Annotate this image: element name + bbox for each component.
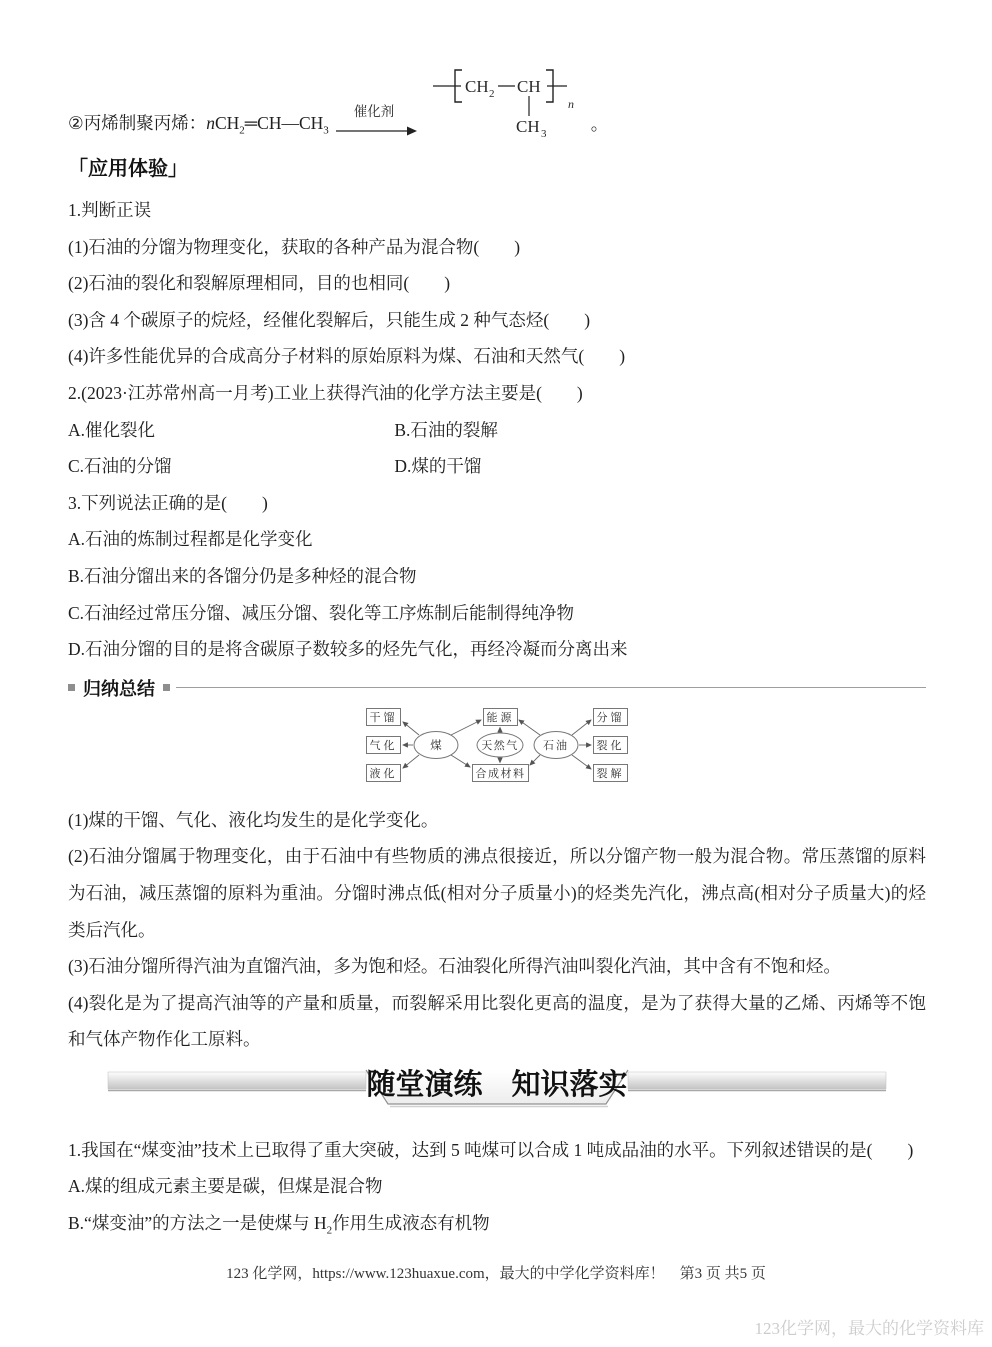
equation-text: ②丙烯制聚丙烯：nCH2═CH—CH3 [68, 110, 329, 149]
double-bond: ═ [245, 113, 257, 133]
formula-ch2: CH [215, 113, 239, 133]
q2-options-row-2: C.石油的分馏 D.煤的干馏 [68, 448, 926, 485]
q3-stem: 3.下列说法正确的是( ) [68, 485, 926, 522]
q3-option-a: A.石油的炼制过程都是化学变化 [68, 521, 926, 558]
polymer-ch2-sub: 2 [489, 88, 495, 100]
q1-item-3: (3)含 4 个碳原子的烷烃，经催化裂解后，只能生成 2 种气态烃( ) [68, 302, 926, 339]
banner-title: 随堂演练 知识落实 [366, 1067, 627, 1101]
section-header-summary: 归纳总结 [68, 674, 926, 702]
equation-coefficient: n [206, 113, 215, 133]
questions-block: 1.判断正误 (1)石油的分馏为物理变化，获取的各种产品为混合物( ) (2)石… [68, 192, 926, 668]
formula-chch3: CH—CH [257, 113, 323, 133]
practice-q1-stem: 1.我国在“煤变油”技术上已取得了重大突破，达到 5 吨煤可以合成 1 吨成品油… [68, 1132, 926, 1169]
synthetic-materials-label: 合成材料 [476, 766, 526, 780]
q2-option-c: C.石油的分馏 [68, 448, 390, 485]
equation-period: 。 [591, 111, 609, 148]
banner-bar-right [628, 1072, 886, 1089]
q2-option-d: D.煤的干馏 [394, 456, 481, 476]
practice-block: 1.我国在“煤变油”技术上已取得了重大突破，达到 5 吨煤可以合成 1 吨成品油… [68, 1132, 926, 1249]
page-content: ②丙烯制聚丙烯：nCH2═CH—CH3 催化剂 CH 2 CH n CH 3 [0, 0, 992, 1249]
q1-item-1: (1)石油的分馏为物理变化，获取的各种产品为混合物( ) [68, 229, 926, 266]
q2-option-b: B.石油的裂解 [394, 420, 498, 440]
q2-stem: 2.(2023·江苏常州高一月考)工业上获得汽油的化学方法主要是( ) [68, 375, 926, 412]
chemical-equation-row: ②丙烯制聚丙烯：nCH2═CH—CH3 催化剂 CH 2 CH n CH 3 [68, 64, 926, 148]
summary-points: (1)煤的干馏、气化、液化均发生的是化学变化。 (2)石油分馏属于物理变化，由于… [68, 802, 926, 1058]
coal-process-label: 液化 [370, 766, 398, 780]
arrow-head-icon [407, 127, 417, 136]
q1-item-4: (4)许多性能优异的合成高分子材料的原始原料为煤、石油和天然气( ) [68, 338, 926, 375]
summary-title: 归纳总结 [83, 675, 155, 701]
banner-wrap: 随堂演练 知识落实 [68, 1058, 926, 1114]
summary-point-3: (3)石油分馏所得汽油为直馏汽油，多为饱和烃。石油裂化所得汽油叫裂化汽油，其中含… [68, 948, 926, 985]
practice-q1-option-a: A.煤的组成元素主要是碳，但煤是混合物 [68, 1168, 926, 1205]
q3-option-d: D.石油分馏的目的是将含碳原子数较多的烃先气化，再经冷凝而分离出来 [68, 631, 926, 668]
coal-process-label: 气化 [370, 738, 398, 752]
option-b-text: B.“煤变油”的方法之一是使煤与 H [68, 1213, 327, 1233]
summary-point-4: (4)裂化是为了提高汽油等的产量和质量，而裂解采用比裂化更高的温度，是为了获得大… [68, 985, 926, 1058]
header-rule [176, 687, 926, 688]
page-footer: 123 化学网，https://www.123huaxue.com，最大的中学化… [0, 1262, 992, 1286]
square-bullet-icon [68, 684, 75, 691]
natural-gas-label: 天然气 [481, 738, 519, 752]
q2-option-a: A.催化裂化 [68, 412, 390, 449]
summary-point-2: (2)石油分馏属于物理变化，由于石油中有些物质的沸点很接近，所以分馏产物一般为混… [68, 838, 926, 948]
polymer-n: n [568, 97, 574, 111]
equation-label: ②丙烯制聚丙烯： [68, 113, 206, 133]
coal-label: 煤 [430, 738, 442, 752]
formula-chch3-sub: 3 [323, 124, 329, 136]
q2-options-row-1: A.催化裂化 B.石油的裂解 [68, 412, 926, 449]
polymer-ch3: CH [516, 117, 540, 136]
square-bullet-icon [163, 684, 170, 691]
oil-label: 石油 [543, 738, 569, 752]
catalyst-arrow: 催化剂 [334, 102, 418, 140]
oil-process-label: 裂解 [597, 766, 625, 780]
banner-bar-left [108, 1072, 366, 1089]
polymer-ch3-sub: 3 [541, 128, 547, 140]
oil-process-label: 分馏 [597, 710, 625, 724]
q3-option-b: B.石油分馏出来的各馏分仍是多种烃的混合物 [68, 558, 926, 595]
polymer-ch2: CH [465, 77, 489, 96]
concept-diagram-wrap: 干馏 气化 液化 煤 能源 天然气 合成材料 石油 分馏 [68, 706, 926, 786]
section-banner: 随堂演练 知识落实 [106, 1058, 888, 1114]
document-page: ②丙烯制聚丙烯：nCH2═CH—CH3 催化剂 CH 2 CH n CH 3 [0, 0, 992, 1347]
energy-label: 能源 [487, 710, 515, 724]
coal-process-label: 干馏 [370, 710, 398, 724]
q1-item-2: (2)石油的裂化和裂解原理相同，目的也相同( ) [68, 265, 926, 302]
polymer-ch: CH [517, 77, 541, 96]
q3-option-c: C.石油经过常压分馏、减压分馏、裂化等工序炼制后能制得纯净物 [68, 595, 926, 632]
watermark: 123化学网，最大的化学资料库 [755, 1314, 985, 1339]
polymer-structure: CH 2 CH n CH 3 [429, 64, 581, 148]
option-b-text: 作用生成液态有机物 [332, 1213, 490, 1233]
summary-point-1: (1)煤的干馏、气化、液化均发生的是化学变化。 [68, 802, 926, 839]
practice-q1-option-b: B.“煤变油”的方法之一是使煤与 H2作用生成液态有机物 [68, 1205, 926, 1249]
oil-process-label: 裂化 [597, 738, 625, 752]
section-header-apply: 「应用体验」 [68, 152, 926, 186]
q1-stem: 1.判断正误 [68, 192, 926, 229]
catalyst-label: 催化剂 [354, 103, 395, 119]
concept-diagram: 干馏 气化 液化 煤 能源 天然气 合成材料 石油 分馏 [366, 706, 628, 786]
